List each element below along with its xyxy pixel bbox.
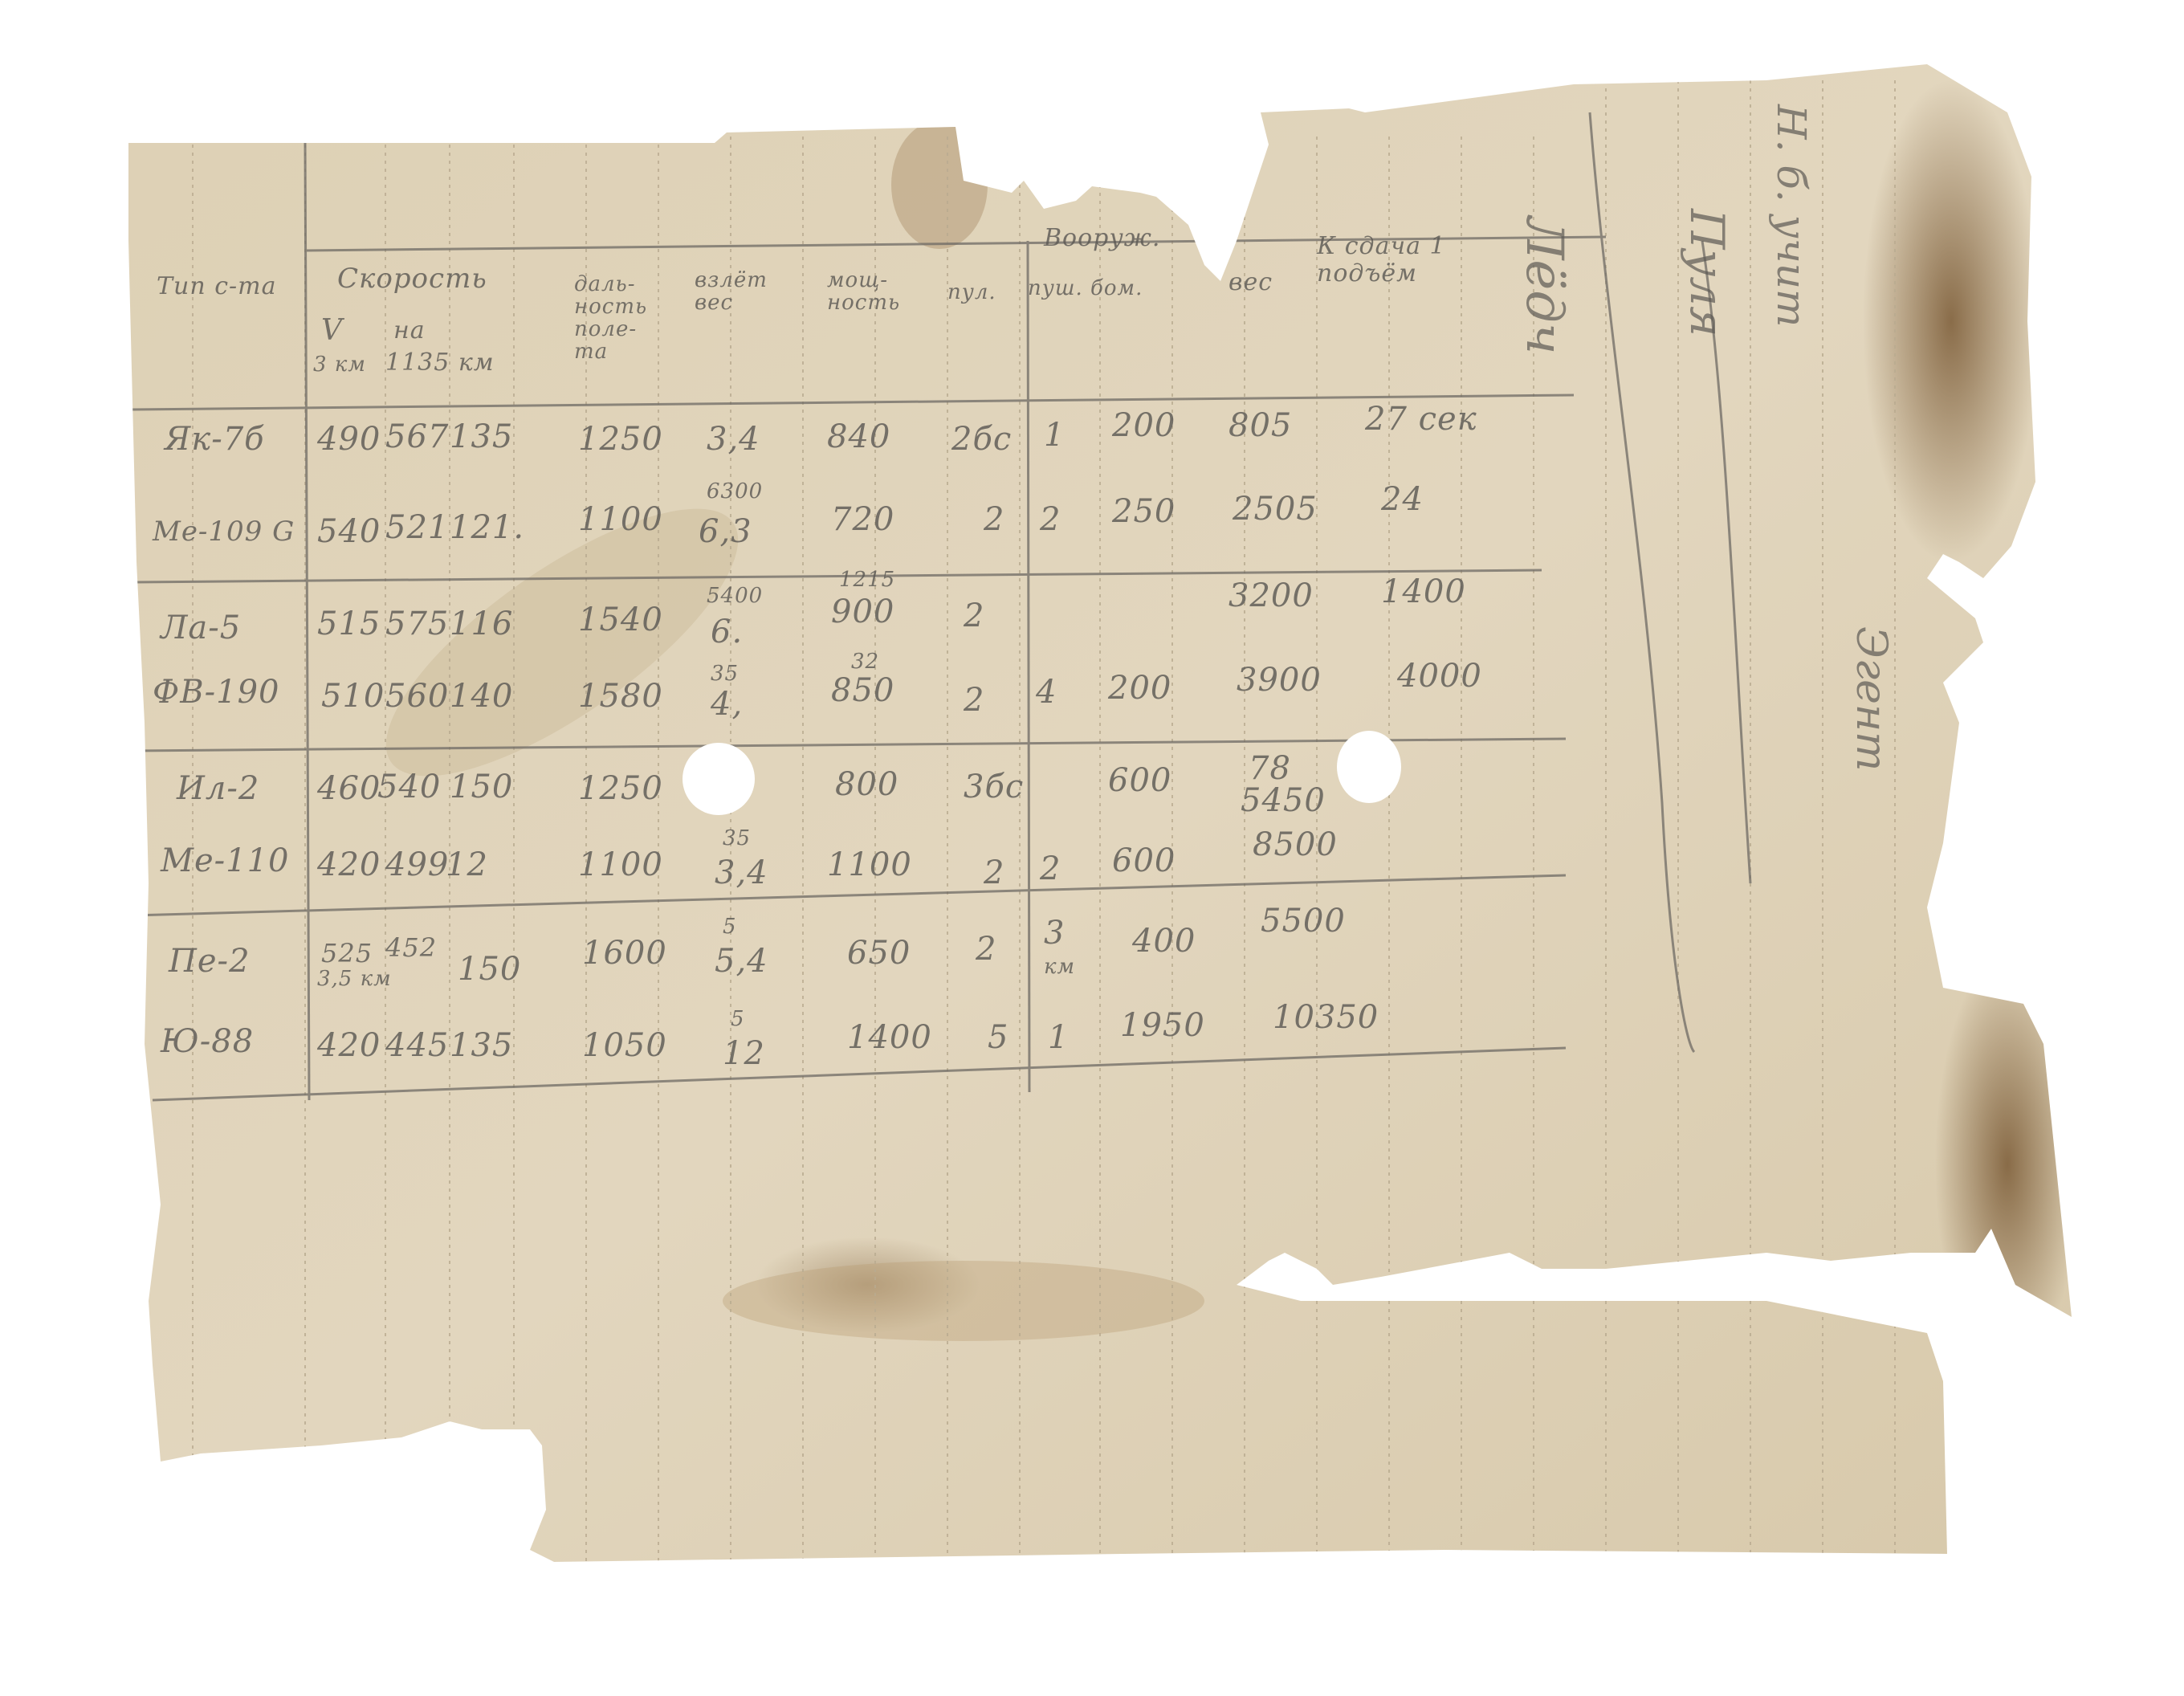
row-c6: 2 [976, 932, 996, 967]
margin-note: Пуля [1680, 209, 1734, 337]
row-range: 1250 [578, 422, 663, 457]
row-c10: 27 сек [1365, 402, 1477, 437]
row-c10: 78 [1249, 751, 1291, 786]
row-c8: 400 [1132, 923, 1196, 959]
row-power: 850 [831, 673, 894, 708]
row-type: Ме-109 G [153, 514, 295, 549]
row-weight-top: 35 [723, 827, 751, 850]
row-weight: 12 [723, 1036, 765, 1071]
row-c9: 10350 [1273, 1000, 1379, 1035]
row-c7: 4 [1036, 675, 1057, 710]
row-c7-sub: км [1044, 956, 1075, 978]
header-climb: К сдача 1 подъём [1317, 233, 1493, 287]
row-range: 1100 [578, 502, 663, 537]
row-c9: 805 [1228, 408, 1292, 443]
row-speed-alt: 499 [385, 847, 449, 883]
row-speed-ground: 460 [317, 771, 381, 806]
row-c7: 2 [1040, 502, 1061, 537]
row-c8: 200 [1108, 671, 1171, 706]
row-type: Ю-88 [161, 1024, 254, 1059]
row-power-top: 32 [851, 650, 879, 673]
row-c6: 2 [964, 598, 984, 634]
row-speed-ground: 420 [317, 1028, 381, 1063]
row-range: 1100 [578, 847, 663, 883]
row-c9: 5450 [1241, 783, 1326, 818]
paper-hole [682, 743, 755, 815]
row-speed-ground: 490 [317, 422, 381, 457]
header-speed-v: V [321, 317, 343, 344]
row-type: Пе-2 [169, 944, 251, 979]
row-speed-ground: 420 [317, 847, 381, 883]
row-c9: 8500 [1253, 827, 1338, 862]
row-weight-top: 5 [731, 1008, 745, 1030]
row-weight-top: 35 [711, 662, 739, 685]
row-c8: 600 [1112, 843, 1176, 879]
row-power: 900 [831, 594, 894, 630]
row-type: Ил-2 [177, 771, 259, 806]
row-type: Ме-110 [161, 843, 290, 879]
row-c6: 5 [988, 1020, 1008, 1055]
row-speed-time: 150 [458, 952, 521, 987]
row-weight: 4, [711, 687, 743, 722]
row-speed-time: 140 [450, 679, 513, 714]
row-speed-time: 150 [450, 769, 513, 805]
row-c10: 4000 [1397, 658, 1482, 694]
row-range: 1540 [578, 602, 663, 638]
row-speed-alt: 452 [385, 930, 437, 965]
row-weight-top: 6300 [707, 480, 763, 503]
row-c9: 2505 [1233, 491, 1318, 527]
header-speed-alt: 1135 км [385, 349, 495, 377]
row-weight: 6,3 [699, 514, 752, 549]
header-armament-sub: пуш. бом. [1028, 277, 1143, 300]
row-c7: 2 [1040, 851, 1061, 887]
row-type: Як-7б [165, 422, 265, 457]
row-range: 1050 [582, 1028, 667, 1063]
row-c8: 1950 [1120, 1008, 1205, 1043]
margin-note: Эгент [1847, 626, 1895, 771]
row-c9: 3200 [1228, 578, 1314, 614]
row-speed-ground: 525 [321, 936, 373, 971]
row-c6: 2бс [951, 422, 1012, 457]
row-speed-ground: 540 [317, 514, 381, 549]
header-armament: Вооруж. [1044, 225, 1160, 252]
row-power: 840 [827, 419, 890, 455]
header-power: мощ-ность [827, 269, 891, 314]
header-col6: пул. [947, 281, 996, 304]
row-speed-time: 121. [450, 510, 524, 545]
row-power: 800 [835, 767, 898, 802]
row-weight-top: 5 [723, 915, 737, 938]
row-c8: 600 [1108, 763, 1171, 798]
torn-document: Тип с-та Скорость V на 3 км 1135 км даль… [0, 0, 2184, 1696]
row-weight: 5,4 [715, 944, 768, 979]
row-speed-alt: 445 [385, 1028, 449, 1063]
row-type: ФВ-190 [153, 675, 279, 710]
row-range: 1600 [582, 936, 667, 971]
row-power: 650 [847, 936, 911, 971]
row-speed-ground: 510 [321, 679, 385, 714]
row-speed-alt: 540 [377, 769, 441, 805]
row-c6: 2 [984, 855, 1004, 891]
row-weight: 3,4 [707, 422, 760, 457]
header-range: даль-ность поле-та [574, 273, 646, 363]
row-c8: 200 [1112, 408, 1176, 443]
row-speed-alt: 560 [385, 679, 449, 714]
paper-hole [1337, 731, 1401, 803]
row-weight: 6. [711, 614, 743, 650]
header-type: Тип с-та [157, 273, 277, 300]
row-weight: 3,4 [715, 855, 768, 891]
row-power: 1100 [827, 847, 912, 883]
row-weight-top: 5400 [707, 585, 763, 607]
row-speed-time: 135 [450, 419, 513, 455]
row-c6: 3бс [964, 769, 1024, 805]
row-power: 720 [831, 502, 894, 537]
row-speed-time: 12 [446, 847, 488, 883]
row-c9: 3900 [1237, 662, 1322, 698]
row-c7: 3 [1044, 915, 1065, 951]
row-c6: 2 [984, 502, 1004, 537]
row-speed-ground: 515 [317, 606, 381, 642]
header-speed: Скорость [337, 265, 487, 292]
row-c10: 1400 [1381, 574, 1466, 609]
row-power: 1400 [847, 1020, 932, 1055]
margin-note: Лёдч [1514, 217, 1574, 355]
row-range: 1250 [578, 771, 663, 806]
header-speed-ground: 3 км [313, 353, 366, 376]
header-weight: вес [1228, 269, 1273, 296]
row-speed-alt: 567 [385, 419, 449, 455]
margin-note: Н. б. учит [1768, 104, 1815, 327]
header-speed-at: на [393, 317, 426, 344]
header-takeoff-weight: взлёт вес [695, 269, 759, 314]
row-speed-time: 116 [450, 606, 513, 642]
row-speed-alt: 521 [385, 510, 449, 545]
row-c7: 1 [1044, 418, 1065, 453]
row-speed-alt: 575 [385, 606, 449, 642]
row-c10: 24 [1381, 482, 1424, 517]
row-type: Ла-5 [161, 610, 241, 646]
row-c9: 5500 [1261, 903, 1346, 939]
row-c7: 1 [1048, 1020, 1069, 1055]
row-power-top: 1215 [839, 569, 895, 591]
row-range: 1580 [578, 679, 663, 714]
row-speed-sub: 3,5 км [317, 968, 392, 990]
row-c6: 2 [964, 683, 984, 718]
row-c8: 250 [1112, 494, 1176, 529]
row-speed-time: 135 [450, 1028, 513, 1063]
